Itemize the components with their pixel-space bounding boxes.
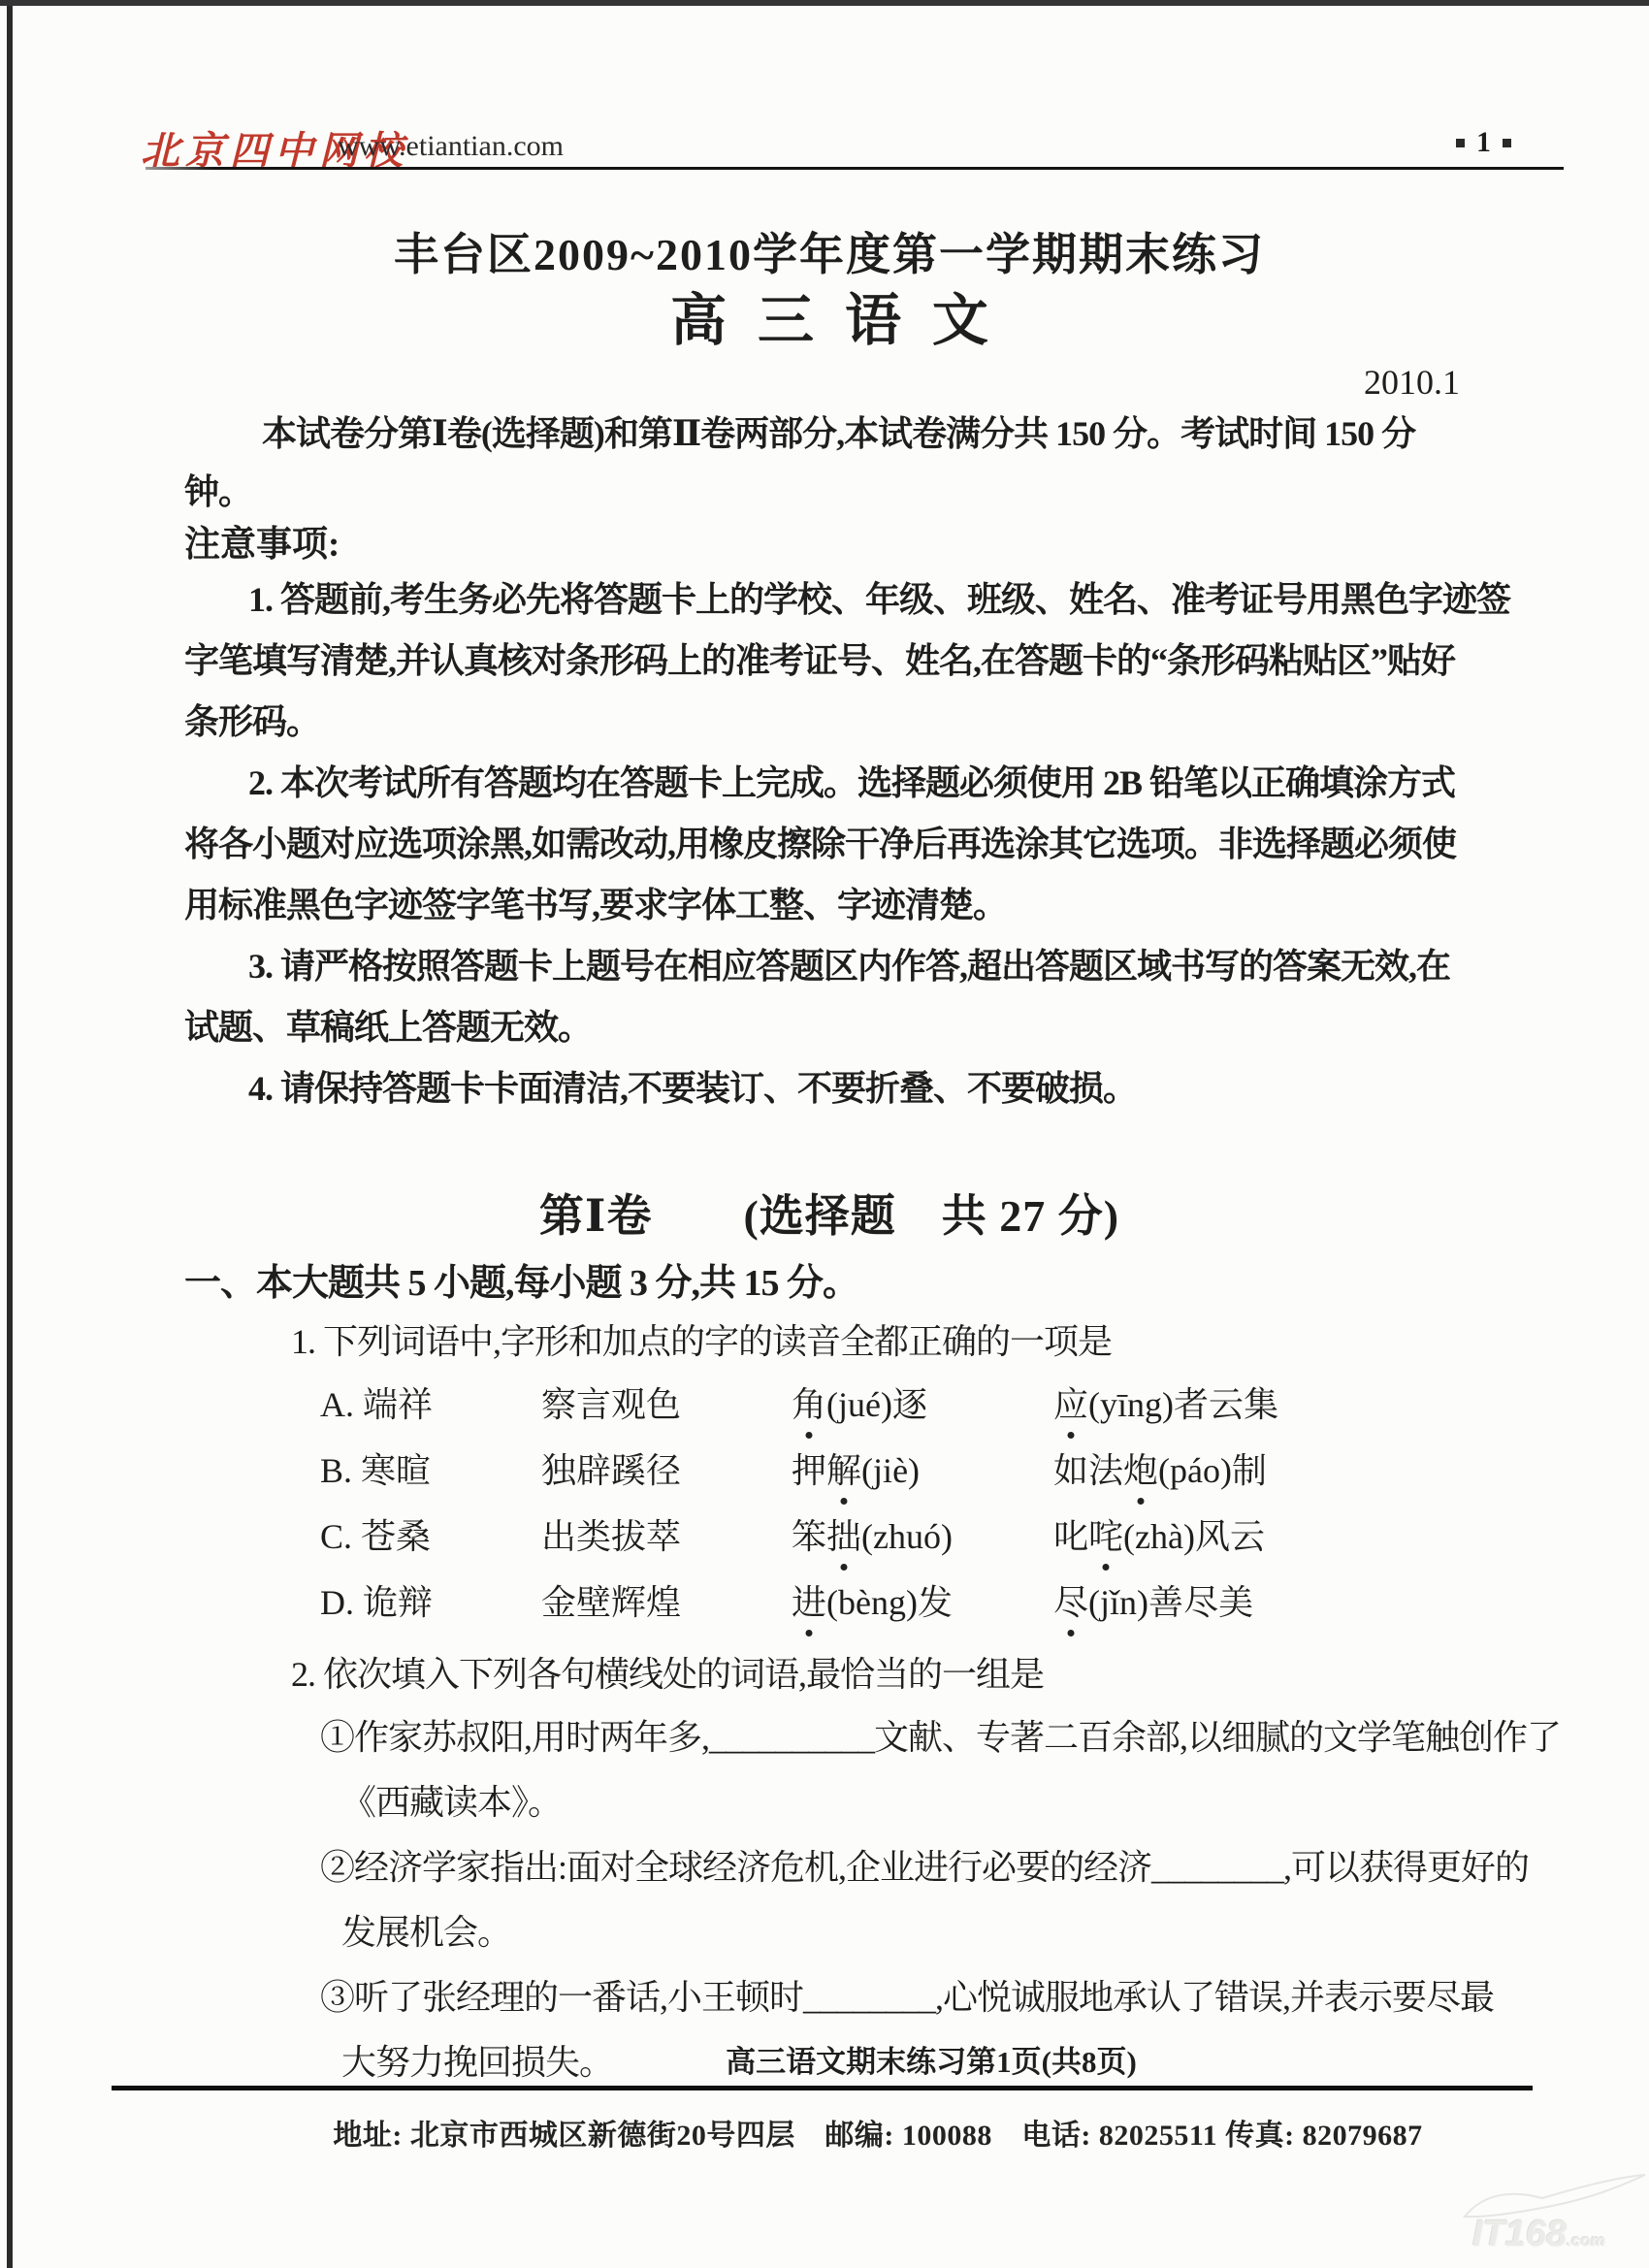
emphasized-char: 角	[792, 1380, 826, 1429]
option-cell: 叱咤(zhà)风云	[1053, 1512, 1474, 1578]
exam-date: 2010.1	[184, 360, 1474, 405]
option-cell: C. 苍桑	[320, 1512, 541, 1578]
watermark-suffix: .com	[1567, 2231, 1605, 2250]
emphasized-char: 应	[1053, 1380, 1088, 1429]
option-cell: 如法炮(páo)制	[1053, 1446, 1474, 1512]
option-cell: 押解(jiè)	[792, 1446, 1053, 1512]
q2-line: 《西藏读本》。	[320, 1770, 1474, 1835]
option-cell: 尽(jǐn)善尽美	[1053, 1578, 1474, 1644]
q2-item: ①作家苏叔阳,用时两年多,__________文献、专著二百余部,以细腻的文学笔…	[320, 1705, 1474, 1835]
q2-line: ①作家苏叔阳,用时两年多,__________文献、专著二百余部,以细腻的文学笔…	[320, 1705, 1474, 1770]
q2-item: ②经济学家指出:面对全球经济危机,企业进行必要的经济________,可以获得更…	[320, 1835, 1474, 1965]
note-line: 2. 本次考试所有答题均在答题卡上完成。选择题必须使用 2B 铅笔以正确填涂方式	[184, 753, 1474, 814]
notes-list: 1. 答题前,考生务必先将答题卡上的学校、年级、班级、姓名、准考证号用黑色字迹签…	[184, 569, 1474, 1119]
option-cell: 独辟蹊径	[541, 1446, 792, 1512]
scan-edge-left	[7, 0, 13, 2268]
option-row: B. 寒暄独辟蹊径押解(jiè)如法炮(páo)制	[320, 1446, 1474, 1512]
q2-line: ③听了张经理的一番话,小王顿时________,心悦诚服地承认了错误,并表示要尽…	[320, 1965, 1474, 2030]
intro-line: 本试卷分第Ⅰ卷(选择题)和第Ⅱ卷两部分,本试卷满分共 150 分。考试时间 15…	[184, 405, 1474, 463]
option-cell: A. 端祥	[320, 1380, 541, 1446]
q2-line: 发展机会。	[320, 1900, 1474, 1965]
exam-subject-title: 高三语文	[184, 282, 1474, 360]
option-row: D. 诡辩金壁辉煌进(bèng)发尽(jǐn)善尽美	[320, 1578, 1474, 1644]
question2-stem: 2. 依次填入下列各句横线处的词语,最恰当的一组是	[291, 1644, 1474, 1705]
notes-heading: 注意事项:	[184, 521, 1474, 569]
emphasized-char: 尽	[1053, 1578, 1088, 1627]
note-line: 3. 请严格按照答题卡上题号在相应答题区内作答,超出答题区域书写的答案无效,在	[184, 936, 1474, 997]
option-cell: B. 寒暄	[320, 1446, 541, 1512]
exam-body: 丰台区2009~2010学年度第一学期期末练习 高三语文 2010.1 本试卷分…	[184, 218, 1474, 2095]
note-line: 用标准黑色字迹签字笔书写,要求字体工整、字迹清楚。	[184, 875, 1474, 936]
note-item: 3. 请严格按照答题卡上题号在相应答题区内作答,超出答题区域书写的答案无效,在试…	[184, 936, 1474, 1058]
option-cell: D. 诡辩	[320, 1578, 541, 1644]
emphasized-char: 炮	[1123, 1446, 1158, 1495]
section1-intro: 一、本大题共 5 小题,每小题 3 分,共 15 分。	[184, 1255, 1474, 1312]
note-item: 1. 答题前,考生务必先将答题卡上的学校、年级、班级、姓名、准考证号用黑色字迹签…	[184, 569, 1474, 753]
option-cell: 金壁辉煌	[541, 1578, 792, 1644]
section1-heading: 第Ⅰ卷 (选择题 共 27 分)	[184, 1187, 1474, 1246]
option-cell: 应(yīng)者云集	[1053, 1380, 1474, 1446]
option-cell: 出类拔萃	[541, 1512, 792, 1578]
emphasized-char: 解	[826, 1446, 861, 1495]
exam-title: 丰台区2009~2010学年度第一学期期末练习	[184, 228, 1474, 282]
note-line: 字笔填写清楚,并认真核对条形码上的准考证号、姓名,在答题卡的“条形码粘贴区”贴好	[184, 631, 1474, 692]
question1-stem: 1. 下列词语中,字形和加点的字的读音全都正确的一项是	[291, 1312, 1474, 1373]
scan-edge-top	[0, 0, 1649, 6]
watermark-text: IT168.com	[1472, 2214, 1605, 2255]
note-item: 2. 本次考试所有答题均在答题卡上完成。选择题必须使用 2B 铅笔以正确填涂方式…	[184, 753, 1474, 936]
note-line: 试题、草稿纸上答题无效。	[184, 997, 1474, 1058]
note-item: 4. 请保持答题卡卡面清洁,不要装订、不要折叠、不要破损。	[184, 1058, 1474, 1119]
note-line: 条形码。	[184, 692, 1474, 753]
footer-contact: 地址: 北京市西城区新德街20号四层 邮编: 100088 电话: 820255…	[0, 2111, 1649, 2154]
site-url: www.etiantian.com	[338, 130, 564, 163]
option-cell: 笨拙(zhuó)	[792, 1512, 1053, 1578]
note-line: 将各小题对应选项涂黑,如需改动,用橡皮擦除干净后再选涂其它选项。非选择题必须使	[184, 814, 1474, 875]
emphasized-char: 进	[792, 1578, 826, 1627]
emphasized-char: 拙	[826, 1512, 861, 1561]
footer-page-label: 高三语文期末练习第1页(共8页)	[0, 2037, 1649, 2081]
footer-rule	[112, 2086, 1533, 2090]
note-line: 1. 答题前,考生务必先将答题卡上的学校、年级、班级、姓名、准考证号用黑色字迹签	[184, 569, 1474, 631]
header-rule	[145, 167, 1564, 170]
question1-options: A. 端祥察言观色角(jué)逐应(yīng)者云集B. 寒暄独辟蹊径押解(ji…	[184, 1380, 1474, 1644]
emphasized-char: 咤	[1088, 1512, 1123, 1561]
option-cell: 察言观色	[541, 1380, 792, 1446]
page-header: 北京四中网校 www.etiantian.com 1	[0, 118, 1649, 169]
exam-intro: 本试卷分第Ⅰ卷(选择题)和第Ⅱ卷两部分,本试卷满分共 150 分。考试时间 15…	[184, 405, 1474, 521]
watermark: IT168.com	[1455, 2173, 1649, 2265]
option-row: A. 端祥察言观色角(jué)逐应(yīng)者云集	[320, 1380, 1474, 1446]
option-cell: 进(bèng)发	[792, 1578, 1053, 1644]
option-row: C. 苍桑出类拔萃笨拙(zhuó)叱咤(zhà)风云	[320, 1512, 1474, 1578]
intro-line: 钟。	[184, 463, 1474, 521]
page-number: 1	[1444, 126, 1523, 159]
q2-line: ②经济学家指出:面对全球经济危机,企业进行必要的经济________,可以获得更…	[320, 1835, 1474, 1900]
note-line: 4. 请保持答题卡卡面清洁,不要装订、不要折叠、不要破损。	[184, 1058, 1474, 1119]
option-cell: 角(jué)逐	[792, 1380, 1053, 1446]
